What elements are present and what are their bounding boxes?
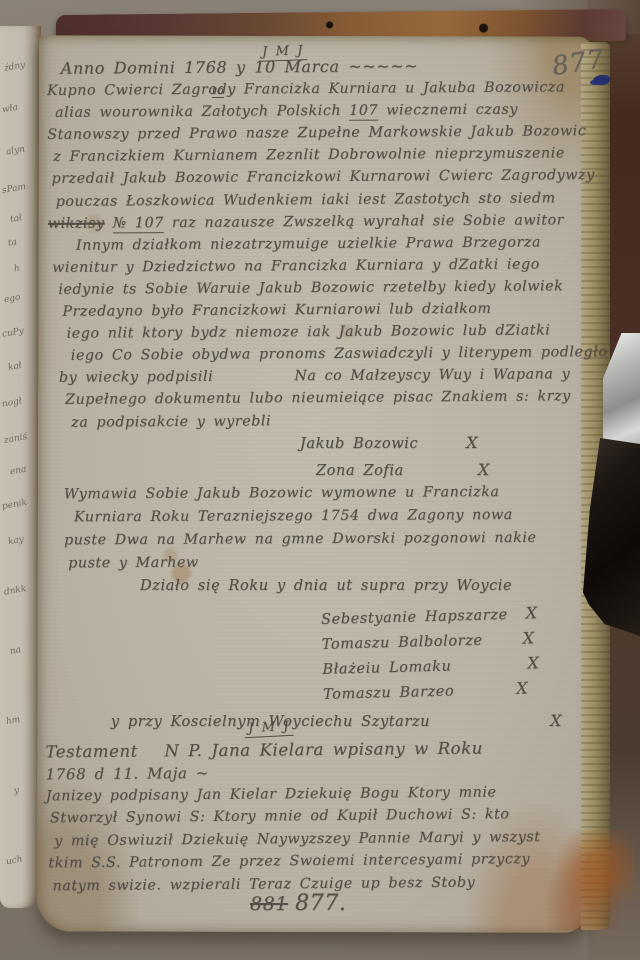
photographed-manuscript-scene: źdny wła alyn sPam tał ta h ego cuPy kał… bbox=[0, 0, 640, 960]
manuscript-line: pouczas Łoszkowica Wudenkiem iaki iest Z… bbox=[56, 187, 588, 213]
struck-page-number: 881 bbox=[250, 893, 288, 915]
margin-text-fragment: nogł bbox=[1, 396, 22, 409]
manuscript-line: Zupełnego dokumentu lubo nieumieiące pis… bbox=[65, 386, 589, 412]
manuscript-line: tkim S.S. Patronom Ze przez Swoiemi inte… bbox=[48, 848, 591, 875]
margin-text-fragment: kay bbox=[7, 535, 24, 548]
closing-line: Działo się Roku y dnia ut supra przy Woy… bbox=[140, 578, 512, 594]
margin-text-fragment: hm bbox=[5, 715, 21, 727]
witness-x-mark: X bbox=[527, 651, 540, 674]
reservation-paragraph: Wymawia Sobie Jakub Bozowic wymowne u Fr… bbox=[52, 481, 592, 576]
testament-section: Testament N P. Jana Kielara wpisany w Ro… bbox=[45, 736, 591, 898]
current-page-number: 877. bbox=[295, 891, 346, 916]
page-number-bottom: 881877. bbox=[250, 891, 346, 916]
margin-text-fragment: alyn bbox=[5, 144, 26, 157]
manuscript-line: Wymawia Sobie Jakub Bozowic wymowne u Fr… bbox=[64, 481, 592, 507]
margin-text-fragment: wła bbox=[1, 103, 18, 116]
signature-block: Jakub BozowicX Zona ZofiaX bbox=[300, 430, 490, 484]
margin-text-fragment: ego bbox=[3, 293, 21, 306]
signature-x-mark: X bbox=[466, 430, 478, 455]
monogram-divider: J M J bbox=[244, 715, 294, 737]
witness-x-mark: X bbox=[522, 626, 535, 649]
signature-row: Zona ZofiaX bbox=[316, 457, 490, 484]
main-record-text: Anno Domini 1768 y 10 Marca ~~~~~ Kupno … bbox=[47, 54, 590, 433]
margin-text-fragment: ena bbox=[9, 465, 27, 478]
margin-text-fragment: zaniś bbox=[3, 432, 28, 446]
margin-text-fragment: dnkk bbox=[3, 584, 27, 598]
jmj-monogram-small: J M J bbox=[244, 719, 294, 739]
manuscript-line: puste y Marhew bbox=[68, 550, 592, 576]
struck-word: wikzisy bbox=[48, 215, 105, 231]
margin-text-fragment: h bbox=[13, 264, 20, 275]
signature-x-mark: X bbox=[478, 457, 490, 482]
previous-page-sliver: źdny wła alyn sPam tał ta h ego cuPy kał… bbox=[0, 26, 41, 908]
margin-text-fragment: źdny bbox=[3, 60, 26, 74]
manuscript-line: przedaił Jakub Bozowic Francizkowi Kurna… bbox=[51, 165, 587, 191]
margin-text-fragment: tał bbox=[9, 213, 22, 225]
margin-text-fragment: cuPy bbox=[1, 326, 24, 340]
margin-text-fragment: kał bbox=[7, 361, 22, 373]
margin-text-fragment: uch bbox=[5, 855, 23, 868]
manuscript-line: Kurniara Roku Terazniejszego 1754 dwa Za… bbox=[74, 504, 592, 530]
manuscript-line: puste Dwa na Marhew na gmne Dworski pozg… bbox=[64, 527, 592, 553]
underlined-number-ref: № 107 bbox=[113, 215, 164, 233]
margin-text-fragment: ta bbox=[7, 237, 18, 248]
margin-text-fragment: na bbox=[9, 645, 22, 657]
witness-x-mark: X bbox=[550, 711, 562, 730]
witness-list: Sebestyanie HapszarzeX Tomaszu Balbolorz… bbox=[321, 601, 541, 707]
manuscript-line: iedynie ts Sobie Waruie Jakub Bozowic rz… bbox=[58, 275, 588, 301]
margin-text-fragment: penik bbox=[1, 498, 28, 512]
witness-x-mark: X bbox=[525, 601, 538, 624]
margin-text-fragment: sPam bbox=[1, 182, 27, 196]
margin-text-fragment: y bbox=[13, 786, 20, 797]
signature-row: Jakub BozowicX bbox=[300, 430, 490, 457]
underlined-amount: 107 bbox=[349, 103, 378, 121]
